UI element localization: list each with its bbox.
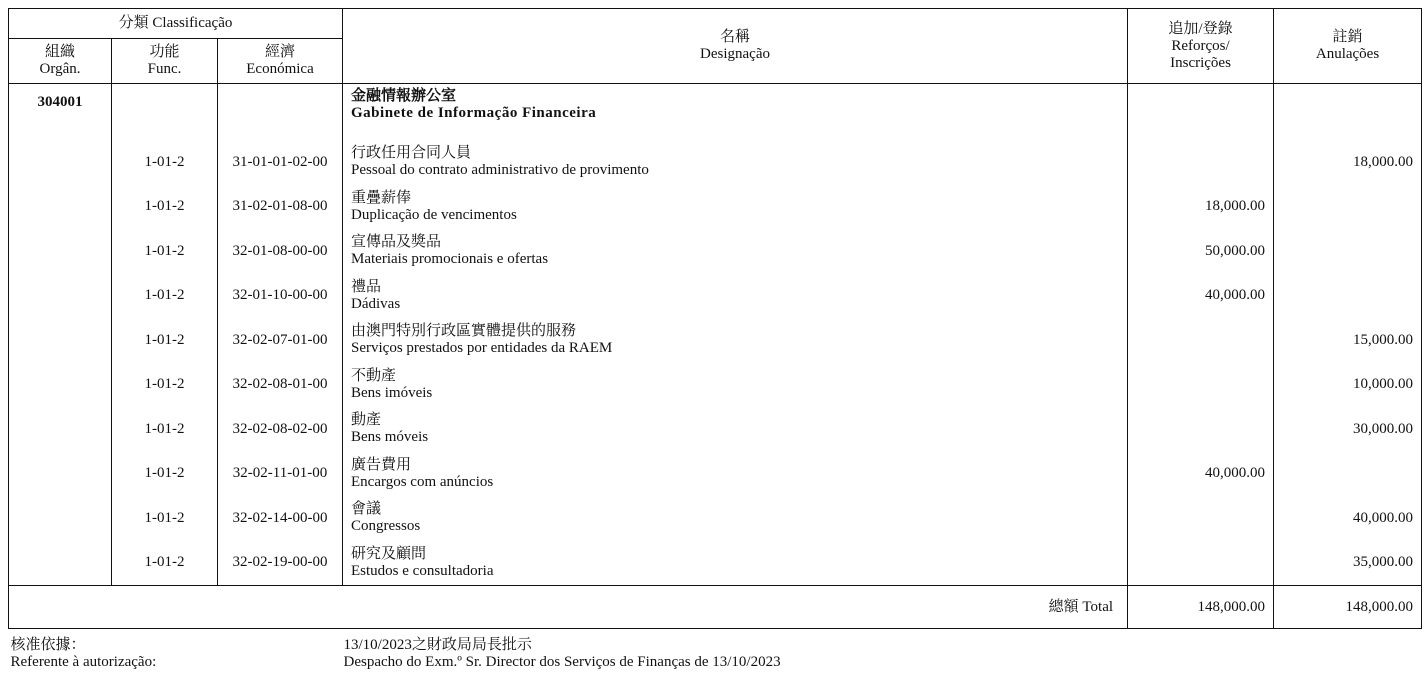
- organ-code: 304001: [9, 84, 112, 141]
- reforco-value: 40,000.00: [1128, 274, 1274, 319]
- table-row: 1-01-232-01-10-00-00禮品Dádivas40,000.00: [9, 274, 1422, 319]
- designation-cn: 重疊薪俸: [351, 190, 1127, 207]
- footer-value-cn: 13/10/2023之財政局局長批示: [344, 637, 1422, 654]
- anulacoes-pt: Anulações: [1274, 46, 1421, 63]
- designation: 宣傳品及獎品Materiais promocionais e ofertas: [343, 229, 1128, 274]
- anulacoes-cn: 註銷: [1274, 29, 1421, 46]
- table-row: 1-01-231-02-01-08-00重疊薪俸Duplicação de ve…: [9, 185, 1422, 230]
- designation-pt: Pessoal do contrato administrativo de pr…: [351, 162, 1127, 179]
- func-code: 1-01-2: [112, 363, 218, 408]
- reforco-value: [1128, 496, 1274, 541]
- reforco-value: [1128, 407, 1274, 452]
- organ-cn: 組織: [9, 44, 111, 61]
- group-row: 304001 金融情報辦公室 Gabinete de Informação Fi…: [9, 84, 1422, 141]
- total-row: 總額 Total 148,000.00 148,000.00: [9, 586, 1422, 629]
- func-code: 1-01-2: [112, 274, 218, 319]
- designation-pt: Bens móveis: [351, 429, 1127, 446]
- func-cn: 功能: [112, 44, 217, 61]
- empty-cell: [9, 274, 112, 319]
- designation-pt: Estudos e consultadoria: [351, 563, 1127, 580]
- designation-cn: 會議: [351, 501, 1127, 518]
- designation-pt: Congressos: [351, 518, 1127, 535]
- designation: 廣告費用Encargos com anúncios: [343, 452, 1128, 497]
- designacao-header: 名稱 Designação: [343, 9, 1128, 84]
- reforco-value: [1128, 541, 1274, 586]
- designation-cn: 動產: [351, 412, 1127, 429]
- table-row: 1-01-232-02-08-01-00不動產Bens imóveis10,00…: [9, 363, 1422, 408]
- func-code: 1-01-2: [112, 407, 218, 452]
- designation-cn: 研究及顧問: [351, 546, 1127, 563]
- anulacao-value: [1274, 452, 1422, 497]
- func-code: 1-01-2: [112, 452, 218, 497]
- anulacoes-header: 註銷 Anulações: [1274, 9, 1422, 84]
- reforcos-pt1: Reforços/: [1128, 38, 1273, 55]
- anulacao-value: 30,000.00: [1274, 407, 1422, 452]
- func-header: 功能 Func.: [112, 39, 218, 84]
- classificacao-header: 分類 Classificação: [9, 9, 343, 39]
- reforco-value: [1128, 140, 1274, 185]
- designation-cn: 行政任用合同人員: [351, 145, 1127, 162]
- anulacao-value: [1274, 274, 1422, 319]
- designation-pt: Encargos com anúncios: [351, 474, 1127, 491]
- table-row: 1-01-232-02-14-00-00會議Congressos40,000.0…: [9, 496, 1422, 541]
- anulacao-value: 15,000.00: [1274, 318, 1422, 363]
- designation-pt: Bens imóveis: [351, 385, 1127, 402]
- econ-code: 32-02-08-01-00: [218, 363, 343, 408]
- table-row: 1-01-232-02-11-01-00廣告費用Encargos com anú…: [9, 452, 1422, 497]
- reforco-value: [1128, 363, 1274, 408]
- anulacao-value: [1274, 229, 1422, 274]
- designation: 動產Bens móveis: [343, 407, 1128, 452]
- organ-header: 組織 Orgân.: [9, 39, 112, 84]
- econ-pt: Económica: [218, 61, 342, 78]
- table-row: 1-01-232-02-08-02-00動產Bens móveis30,000.…: [9, 407, 1422, 452]
- func-code: 1-01-2: [112, 541, 218, 586]
- designation: 行政任用合同人員Pessoal do contrato administrati…: [343, 140, 1128, 185]
- empty-cell: [9, 363, 112, 408]
- group-name: 金融情報辦公室 Gabinete de Informação Financeir…: [343, 84, 1128, 141]
- designation-pt: Duplicação de vencimentos: [351, 207, 1127, 224]
- empty-cell: [9, 318, 112, 363]
- empty-cell: [9, 407, 112, 452]
- reforco-value: [1128, 318, 1274, 363]
- reforco-value: 40,000.00: [1128, 452, 1274, 497]
- anulacao-value: 18,000.00: [1274, 140, 1422, 185]
- table-row: 1-01-232-01-08-00-00宣傳品及獎品Materiais prom…: [9, 229, 1422, 274]
- reforcos-cn: 追加/登錄: [1128, 21, 1273, 38]
- designation-cn: 宣傳品及獎品: [351, 234, 1127, 251]
- group-name-cn: 金融情報辦公室: [351, 88, 1127, 105]
- designation: 會議Congressos: [343, 496, 1128, 541]
- designation-cn: 不動產: [351, 368, 1127, 385]
- func-code: 1-01-2: [112, 496, 218, 541]
- econ-code: 32-02-08-02-00: [218, 407, 343, 452]
- func-code: 1-01-2: [112, 229, 218, 274]
- econ-code: 31-01-01-02-00: [218, 140, 343, 185]
- empty-cell: [9, 452, 112, 497]
- designation: 由澳門特別行政區實體提供的服務Serviços prestados por en…: [343, 318, 1128, 363]
- econ-code: 32-02-14-00-00: [218, 496, 343, 541]
- reforcos-header: 追加/登錄 Reforços/ Inscrições: [1128, 9, 1274, 84]
- footer-label-cn: 核准依據：: [11, 637, 343, 654]
- anulacao-value: 40,000.00: [1274, 496, 1422, 541]
- designation-cn: 廣告費用: [351, 457, 1127, 474]
- econ-code: 32-02-11-01-00: [218, 452, 343, 497]
- table-row: 1-01-231-01-01-02-00行政任用合同人員Pessoal do c…: [9, 140, 1422, 185]
- designation-cn: 禮品: [351, 279, 1127, 296]
- econ-cn: 經濟: [218, 44, 342, 61]
- empty-cell: [1274, 84, 1422, 141]
- econ-code: 32-02-19-00-00: [218, 541, 343, 586]
- designation-cn: 由澳門特別行政區實體提供的服務: [351, 323, 1127, 340]
- anulacao-value: [1274, 185, 1422, 230]
- empty-cell: [112, 84, 218, 141]
- reforco-value: 50,000.00: [1128, 229, 1274, 274]
- designacao-cn: 名稱: [343, 29, 1127, 46]
- footer-label-pt: Referente à autorização:: [11, 654, 343, 671]
- reforcos-pt2: Inscrições: [1128, 55, 1273, 72]
- econ-header: 經濟 Económica: [218, 39, 343, 84]
- econ-code: 32-01-08-00-00: [218, 229, 343, 274]
- econ-code: 31-02-01-08-00: [218, 185, 343, 230]
- designation: 禮品Dádivas: [343, 274, 1128, 319]
- organ-pt: Orgân.: [9, 61, 111, 78]
- footer-value-pt: Despacho do Exm.º Sr. Director dos Servi…: [344, 654, 1422, 671]
- empty-cell: [9, 496, 112, 541]
- designation-pt: Materiais promocionais e ofertas: [351, 251, 1127, 268]
- footer-value: 13/10/2023之財政局局長批示 Despacho do Exm.º Sr.…: [343, 629, 1422, 676]
- anulacao-value: 10,000.00: [1274, 363, 1422, 408]
- designation-pt: Dádivas: [351, 296, 1127, 313]
- func-pt: Func.: [112, 61, 217, 78]
- reforco-value: 18,000.00: [1128, 185, 1274, 230]
- footer-label: 核准依據： Referente à autorização:: [9, 629, 343, 676]
- empty-cell: [9, 140, 112, 185]
- econ-code: 32-02-07-01-00: [218, 318, 343, 363]
- total-anulacao: 148,000.00: [1274, 586, 1422, 629]
- func-code: 1-01-2: [112, 140, 218, 185]
- econ-code: 32-01-10-00-00: [218, 274, 343, 319]
- func-code: 1-01-2: [112, 318, 218, 363]
- empty-cell: [218, 84, 343, 141]
- table-row: 1-01-232-02-19-00-00研究及顧問Estudos e consu…: [9, 541, 1422, 586]
- func-code: 1-01-2: [112, 185, 218, 230]
- designation: 重疊薪俸Duplicação de vencimentos: [343, 185, 1128, 230]
- group-name-pt: Gabinete de Informação Financeira: [351, 105, 1127, 122]
- anulacao-value: 35,000.00: [1274, 541, 1422, 586]
- designation: 研究及顧問Estudos e consultadoria: [343, 541, 1128, 586]
- empty-cell: [9, 229, 112, 274]
- empty-cell: [1128, 84, 1274, 141]
- footer-row: 核准依據： Referente à autorização: 13/10/202…: [9, 629, 1422, 676]
- table-row: 1-01-232-02-07-01-00由澳門特別行政區實體提供的服務Servi…: [9, 318, 1422, 363]
- empty-cell: [9, 185, 112, 230]
- designation-pt: Serviços prestados por entidades da RAEM: [351, 340, 1127, 357]
- total-reforco: 148,000.00: [1128, 586, 1274, 629]
- total-label: 總額 Total: [9, 586, 1128, 629]
- budget-table: 分類 Classificação 名稱 Designação 追加/登錄 Ref…: [8, 8, 1422, 676]
- designation: 不動產Bens imóveis: [343, 363, 1128, 408]
- designacao-pt: Designação: [343, 46, 1127, 63]
- empty-cell: [9, 541, 112, 586]
